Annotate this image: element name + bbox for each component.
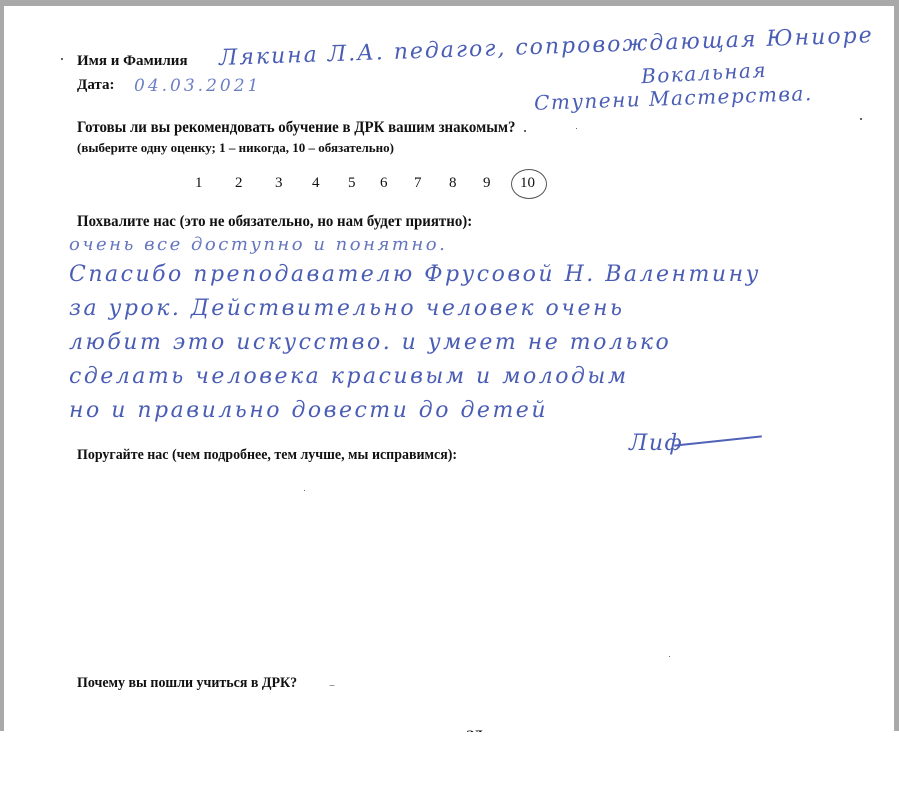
footer-text-fragment: ЭД: [466, 727, 483, 732]
recommend-hint: (выберите одну оценку; 1 – никогда, 10 –…: [77, 140, 394, 156]
praise-line: сделать человека красивым и молодым: [69, 360, 869, 394]
praise-answer: очень все доступно и понятно. Спасибо пр…: [69, 231, 869, 428]
rating-option-3: 3: [275, 175, 283, 192]
praise-line: за урок. Действительно человек очень: [69, 292, 869, 326]
rating-option-4: 4: [312, 175, 320, 192]
rating-option-8: 8: [449, 175, 457, 192]
praise-line: но и правильно довести до детей: [69, 394, 869, 428]
date-answer: 04.03.2021: [134, 76, 261, 96]
praise-line: любит это искусство. и умеет не только: [69, 326, 869, 360]
name-label: Имя и Фамилия: [77, 53, 188, 70]
viewer-frame-right: [894, 0, 899, 731]
recommend-question: Готовы ли вы рекомендовать обучение в ДР…: [77, 119, 515, 137]
why-answer: –: [329, 678, 337, 692]
scan-speck: [304, 490, 305, 491]
name-answer-line-1: Лякина Л.А. педагог, сопровождающая Юнио…: [219, 23, 875, 71]
praise-line: Спасибо преподавателю Фрусовой Н. Валент…: [69, 258, 869, 292]
signature-stroke: [674, 435, 762, 446]
rating-option-5: 5: [348, 175, 356, 192]
scan-speck: [576, 128, 577, 129]
praise-line: очень все доступно и понятно.: [69, 231, 869, 258]
why-question: Почему вы пошли учиться в ДРК?: [77, 675, 297, 692]
scanned-page: Имя и Фамилия Лякина Л.А. педагог, сопро…: [4, 6, 894, 731]
rating-option-9: 9: [483, 175, 491, 192]
rating-option-6: 6: [380, 175, 388, 192]
rating-option-1: 1: [195, 175, 203, 192]
rating-option-2: 2: [235, 175, 243, 192]
rating-option-7: 7: [414, 175, 422, 192]
scan-speck: [524, 130, 526, 132]
scan-speck: [61, 58, 63, 60]
date-label: Дата:: [77, 77, 114, 94]
scan-speck: [669, 656, 670, 657]
praise-question: Похвалите нас (это не обязательно, но на…: [77, 213, 472, 231]
name-answer-line-3: Ступени Мастерства.: [534, 81, 813, 115]
rating-scale: 12345678910: [4, 175, 894, 199]
scan-speck: [860, 118, 862, 120]
rating-option-10: 10: [520, 175, 535, 192]
criticize-question: Поругайте нас (чем подробнее, тем лучше,…: [77, 447, 457, 464]
